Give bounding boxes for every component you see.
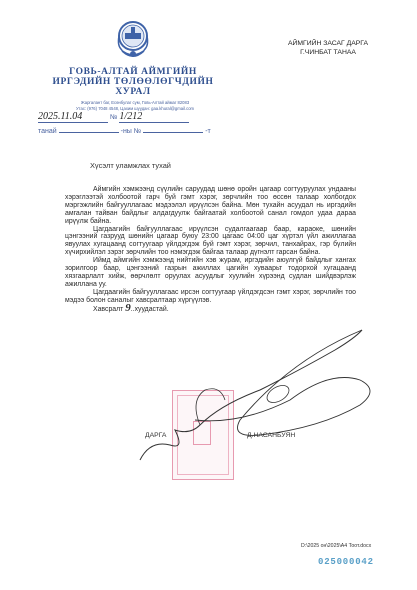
org-name-line1: ГОВЬ-АЛТАЙ АЙМГИЙН	[38, 67, 228, 77]
paragraph: Аймгийн хэмжээнд сүүлийн саруудад шөнө о…	[65, 186, 356, 226]
paragraph: Иймд аймгийн хэмжээнд нийтийн хэв журам,…	[65, 257, 356, 289]
org-name-line2: ИРГЭДИЙН ТӨЛӨӨЛӨГЧДИЙН	[38, 77, 228, 87]
your-label: танай	[38, 128, 57, 135]
addressee-title: АЙМГИЙН ЗАСАГ ДАРГА	[268, 39, 388, 48]
paragraph: Цагдаагийн байгууллагаас ирсэн согтуугаа…	[65, 289, 356, 305]
addressee: АЙМГИЙН ЗАСАГ ДАРГА Г.ЧИНБАТ ТАНАА	[268, 39, 388, 57]
letter-body: Аймгийн хэмжээнд сүүлийн саруудад шөнө о…	[65, 186, 356, 314]
document-number: 1/212	[119, 111, 189, 123]
mongolia-state-emblem-icon	[112, 16, 154, 66]
addressee-name: Г.ЧИНБАТ ТАНАА	[268, 48, 388, 57]
organization-address: Жаргалант баг, Есөнбулаг сум, Говь-Алтай…	[30, 100, 240, 111]
your-suffix: -т	[205, 128, 211, 135]
your-number-blank	[143, 132, 203, 133]
registration-number: 025000042	[318, 557, 374, 567]
attachment-prefix: Хавсралт	[93, 306, 123, 313]
organization-name: ГОВЬ-АЛТАЙ АЙМГИЙН ИРГЭДИЙН ТӨЛӨӨЛӨГЧДИЙ…	[38, 67, 228, 97]
handwritten-signature-icon	[130, 310, 390, 475]
org-name-line3: ХУРАЛ	[38, 87, 228, 97]
your-date-blank	[59, 132, 119, 133]
number-label: №	[110, 114, 118, 121]
reply-reference-line: танай -ны № -т	[38, 128, 228, 142]
reference-line: 2025.11.04 № 1/212	[38, 111, 228, 125]
paragraph: Цагдаагийн байгууллагаас ирүүлсэн судалг…	[65, 226, 356, 258]
file-path: D:\2025 он\2025\A4 Тоот.docx	[301, 543, 371, 549]
subject: Хүсэлт уламжлах тухай	[90, 161, 171, 170]
your-number-label: -ны №	[121, 128, 142, 135]
document-date: 2025.11.04	[38, 111, 108, 123]
